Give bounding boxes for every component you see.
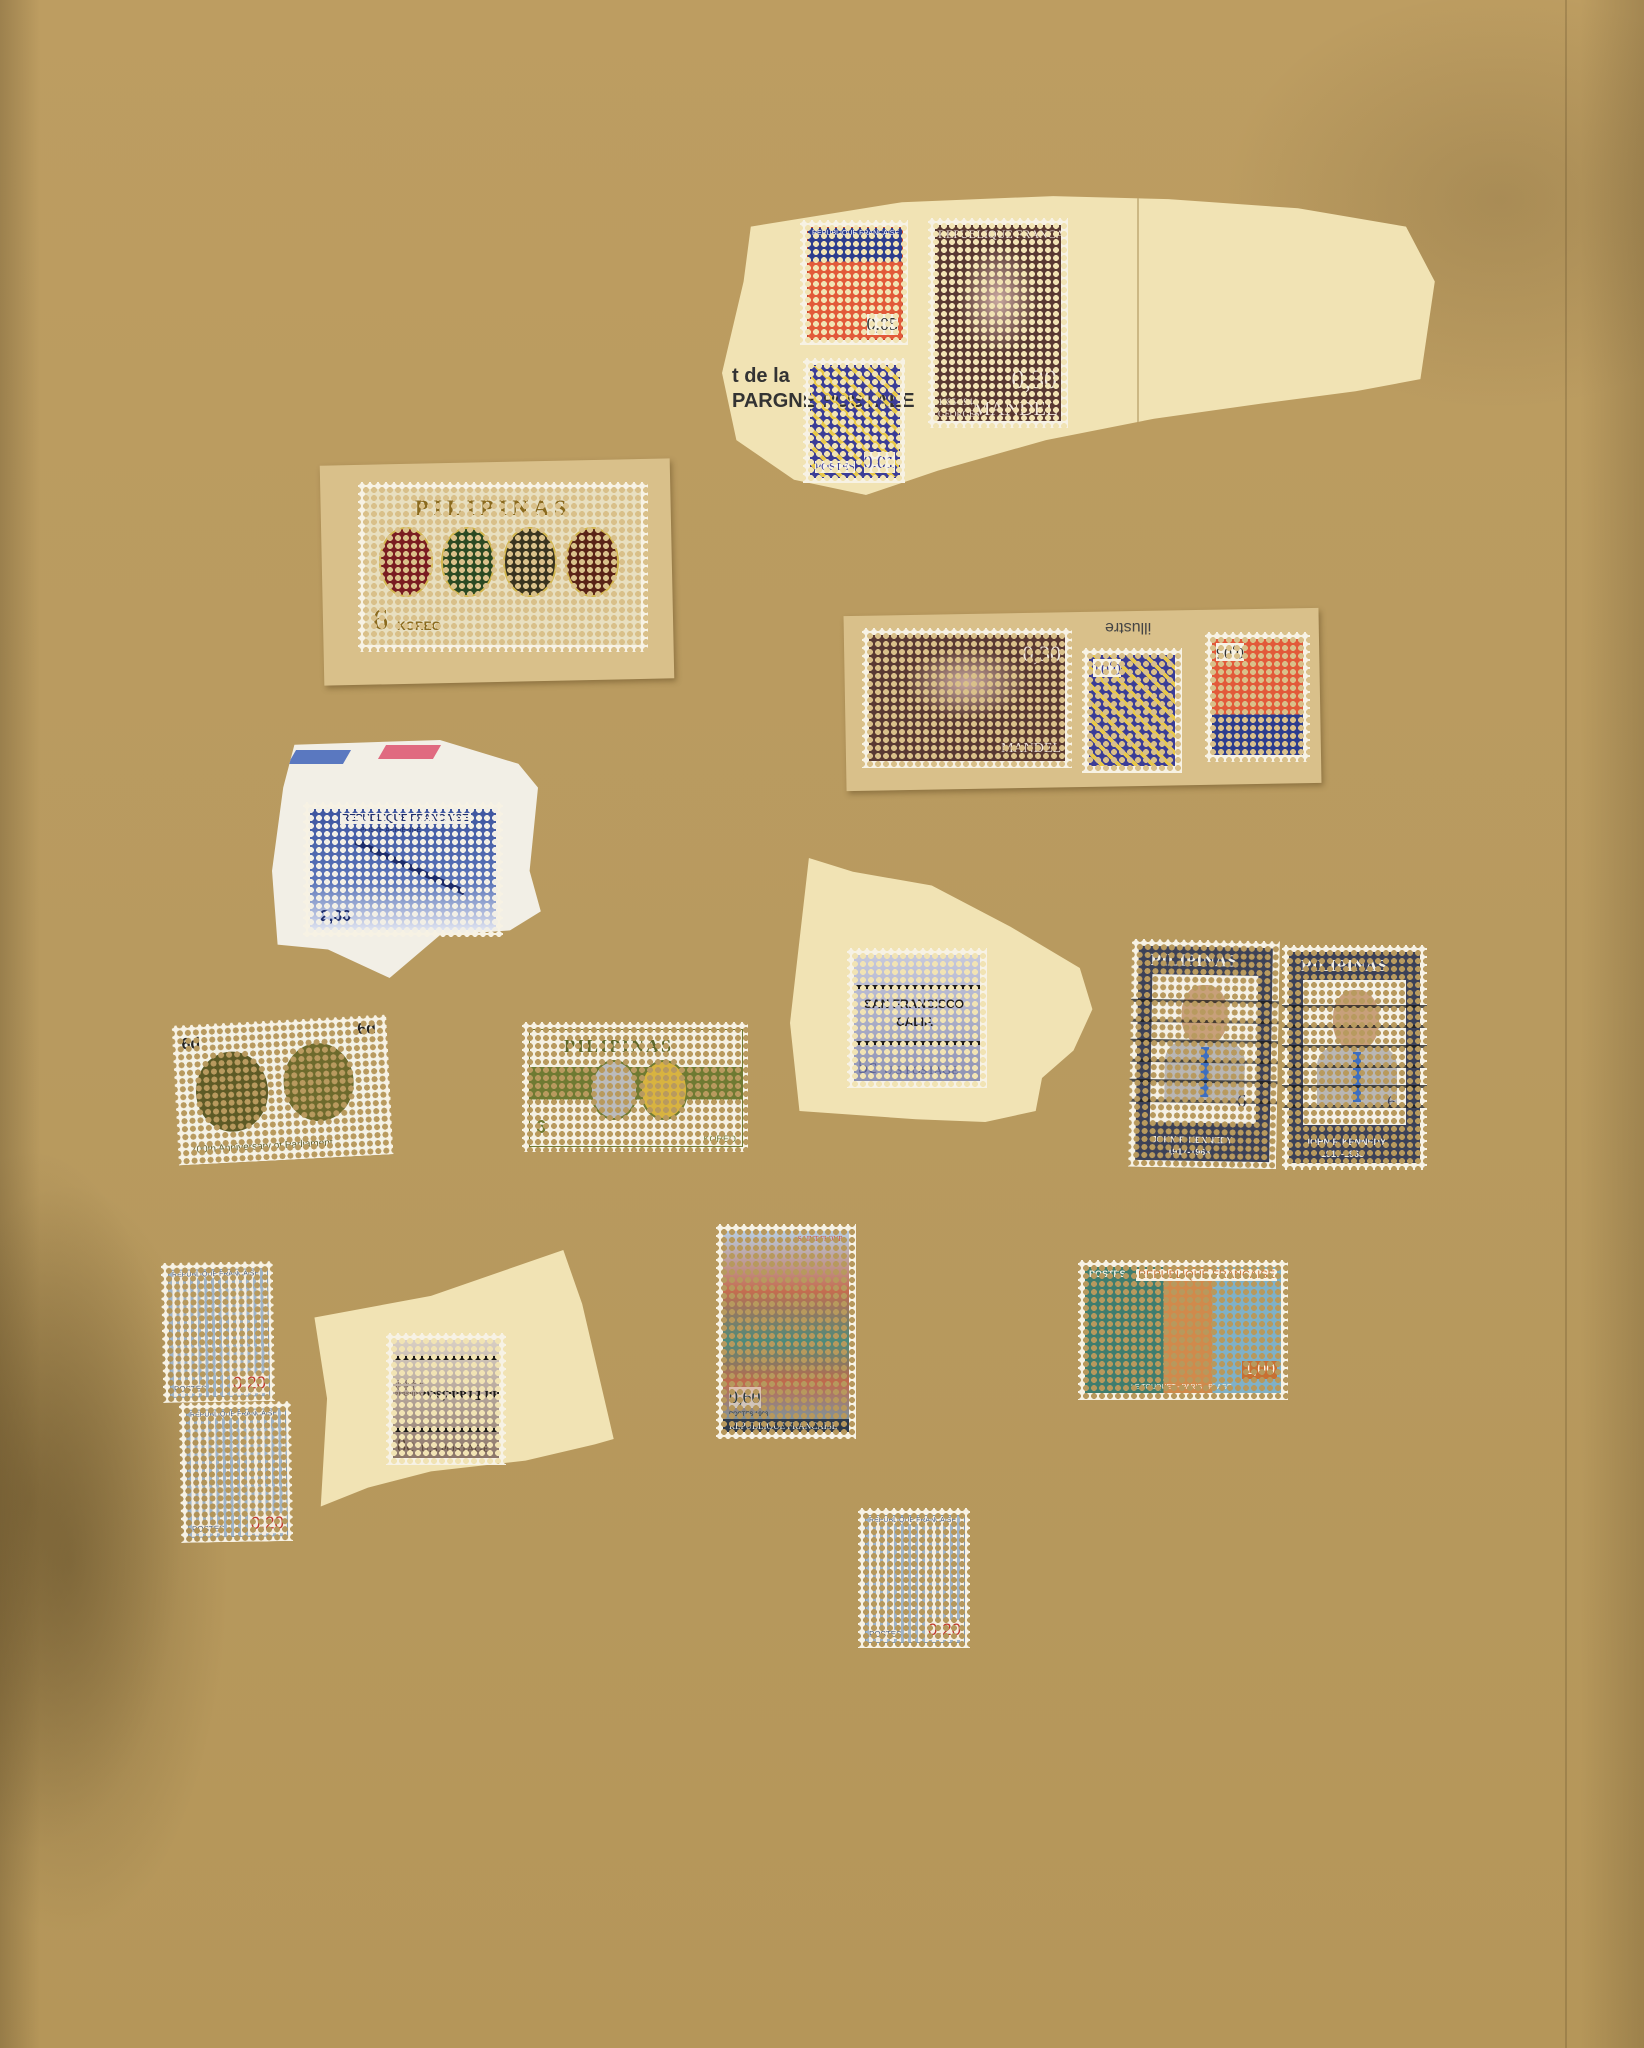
stamp-poste-aerienne: REPUBLIQUE FRANCAISE POSTE AERIENNE 2,00 [303, 802, 503, 937]
stamp-country: REPUBLIQUE FRANCAISE [869, 1517, 956, 1524]
portrait-oval [590, 1060, 638, 1120]
stamp-georges-mandel-rotated: 0,30 MANDEL [862, 628, 1072, 768]
stamp-name: JOHN F. KENNEDY [1305, 1137, 1386, 1147]
stamp-marianne-2: REPUBLIQUE FRANCAISE 0,20 POSTES [179, 1401, 293, 1543]
stamp-years: 1917-1963 [1167, 1146, 1210, 1157]
stamp-value: 0,20 [251, 1513, 284, 1534]
stamp-georges-mandel: REPUBLIQUE FRANCAISE 0,30 1885-1944 GEOR… [928, 218, 1068, 428]
precancel-text: SAN FRANCISCO [864, 997, 964, 1011]
stamp-postes: POSTES [869, 1630, 901, 1639]
stamp-value: 8c [397, 1435, 414, 1456]
stamp-value: 6 [373, 603, 388, 637]
stamp-postes: POSTES 1963 [729, 1412, 768, 1418]
slogan-text: t de la [732, 365, 790, 388]
stamp-niort-inverted: 0,01 [1082, 648, 1182, 773]
stamp-value: 1,00 [1242, 1361, 1277, 1379]
stamp-value: 0,20 [233, 1373, 266, 1394]
stamp-marianne-1: REPUBLIQUE FRANCAISE 0,20 POSTES [161, 1261, 275, 1403]
stamp-koreo: KOREO [703, 1134, 736, 1144]
stamp-caption: LE TOUQUET - PARIS - PLAGE [1131, 1384, 1232, 1391]
stamp-country: REPUBLIQUE FRANCAISE [1136, 1269, 1277, 1281]
stamp-value: 0,30 [1023, 641, 1062, 667]
stamp-postes: POSTES [1089, 1269, 1126, 1279]
stamp-value: 6d [181, 1035, 201, 1054]
precancel-text: San Francisco [423, 1386, 499, 1402]
stamp-value: 5c [858, 1056, 877, 1079]
cardboard-crease [1565, 0, 1567, 2048]
stamp-value: 6 [536, 1117, 546, 1138]
stamp-value: 0,20 [928, 1620, 961, 1640]
stamp-value: 2,00 [320, 908, 351, 926]
stamp-postes: POSTES [174, 1384, 207, 1394]
stamp-years: 1885-1944 [938, 397, 977, 407]
stamp-amiens: REPUBLIQUE FRANCAISE 0,05 [800, 220, 908, 345]
slogan-inverted: illustre [1105, 618, 1151, 636]
stamp-country: PILIPINAS [1150, 950, 1236, 971]
stamp-value: 6 [1387, 1092, 1396, 1113]
stamp-us-5c-washington: SAN FRANCISCO CALIF. 5c U.S.POSTAGE [847, 948, 987, 1088]
stamp-value: 0,05 [1216, 643, 1244, 661]
stamp-caption: 700th Anniversary of Parliament [191, 1137, 333, 1155]
precancel-bar [854, 985, 980, 989]
stamp-marianne-3: REPUBLIQUE FRANCAISE 0,20 POSTES [858, 1508, 970, 1648]
stamp-value: 6d [357, 1022, 377, 1039]
stamp-pilipinas-kennedy-2: PILIPINAS 6 JOHN F. KENNEDY 1917-1963 [1282, 945, 1427, 1170]
stamp-country: PILIPINAS [415, 495, 571, 521]
stamp-amiens-inverted: 0,05 [1205, 632, 1310, 762]
stamp-country: REPUBLIQUE FRANCAISE [190, 1410, 277, 1419]
stamp-postes: POSTES [192, 1524, 225, 1534]
stamp-label: U.S.POSTAGE [421, 1443, 489, 1455]
stamp-value: 0,01 [864, 452, 896, 473]
stamp-years: 1917-1963 [1321, 1149, 1364, 1159]
airplane-icon [354, 839, 465, 895]
stamp-postes: POSTES [815, 461, 855, 473]
stamp-country: REPUBLIQUE FRANCAISE [938, 227, 1061, 242]
stamp-value: 0,05 [867, 314, 899, 335]
stamp-subtitle: POSTE AERIENNE [360, 827, 421, 834]
stamp-value: 0,30 [1012, 365, 1058, 395]
stamp-pilipinas-royal-visit: PILIPINAS 6 KOREO [358, 482, 648, 652]
stamp-country: REPUBLIQUE FRANCAISE [172, 1270, 259, 1279]
stamp-place: SAINT-FLOUR [798, 1235, 843, 1243]
stamp-us-8c-pershing: GENERAL JOHN J. PERSHING San Francisco 8… [386, 1333, 506, 1465]
portrait-oval [640, 1060, 688, 1120]
stamp-700th-anniversary-parliament: 6d 6d 700th Anniversary of Parliament [171, 1014, 393, 1165]
stamp-value: 0,60 [729, 1387, 761, 1408]
stamp-country: REPUBLIQUE FRANCAISE [729, 1421, 837, 1431]
stamp-pilipinas-germany-visit: PILIPINAS 6 KOREO [522, 1022, 748, 1152]
stamp-pilipinas-kennedy-1: PILIPINAS 6 JOHN F. KENNEDY 1917-1963 [1128, 939, 1280, 1170]
stamp-value: 0,01 [1093, 659, 1121, 677]
stamp-koreo: KOREO [397, 619, 441, 633]
stamp-niort: 0,01 POSTES [803, 358, 905, 483]
stamp-label: U.S.POSTAGE [884, 1063, 958, 1078]
stamp-le-touquet: POSTES REPUBLIQUE FRANCAISE 1,00 LE TOUQ… [1078, 1260, 1288, 1400]
stamp-name: JOHN F. KENNEDY [1151, 1134, 1232, 1145]
stamp-name-last: MANDEL [1001, 741, 1061, 757]
seal-icon [194, 1050, 270, 1134]
precancel-text: CALIF. [896, 1015, 933, 1029]
stamp-name-last: MANDEL [972, 398, 1058, 421]
stamp-country: REPUBLIQUE FRANCAISE [340, 813, 471, 824]
stamp-saint-flour: SAINT-FLOUR 0,60 POSTES 1963 REPUBLIQUE … [716, 1224, 856, 1439]
stamp-country: PILIPINAS [1301, 956, 1387, 976]
stamp-country: REPUBLIQUE FRANCAISE [812, 230, 899, 237]
precancel-bar [854, 1041, 980, 1045]
stamp-country: PILIPINAS [564, 1036, 673, 1057]
queen-portrait [282, 1041, 356, 1123]
